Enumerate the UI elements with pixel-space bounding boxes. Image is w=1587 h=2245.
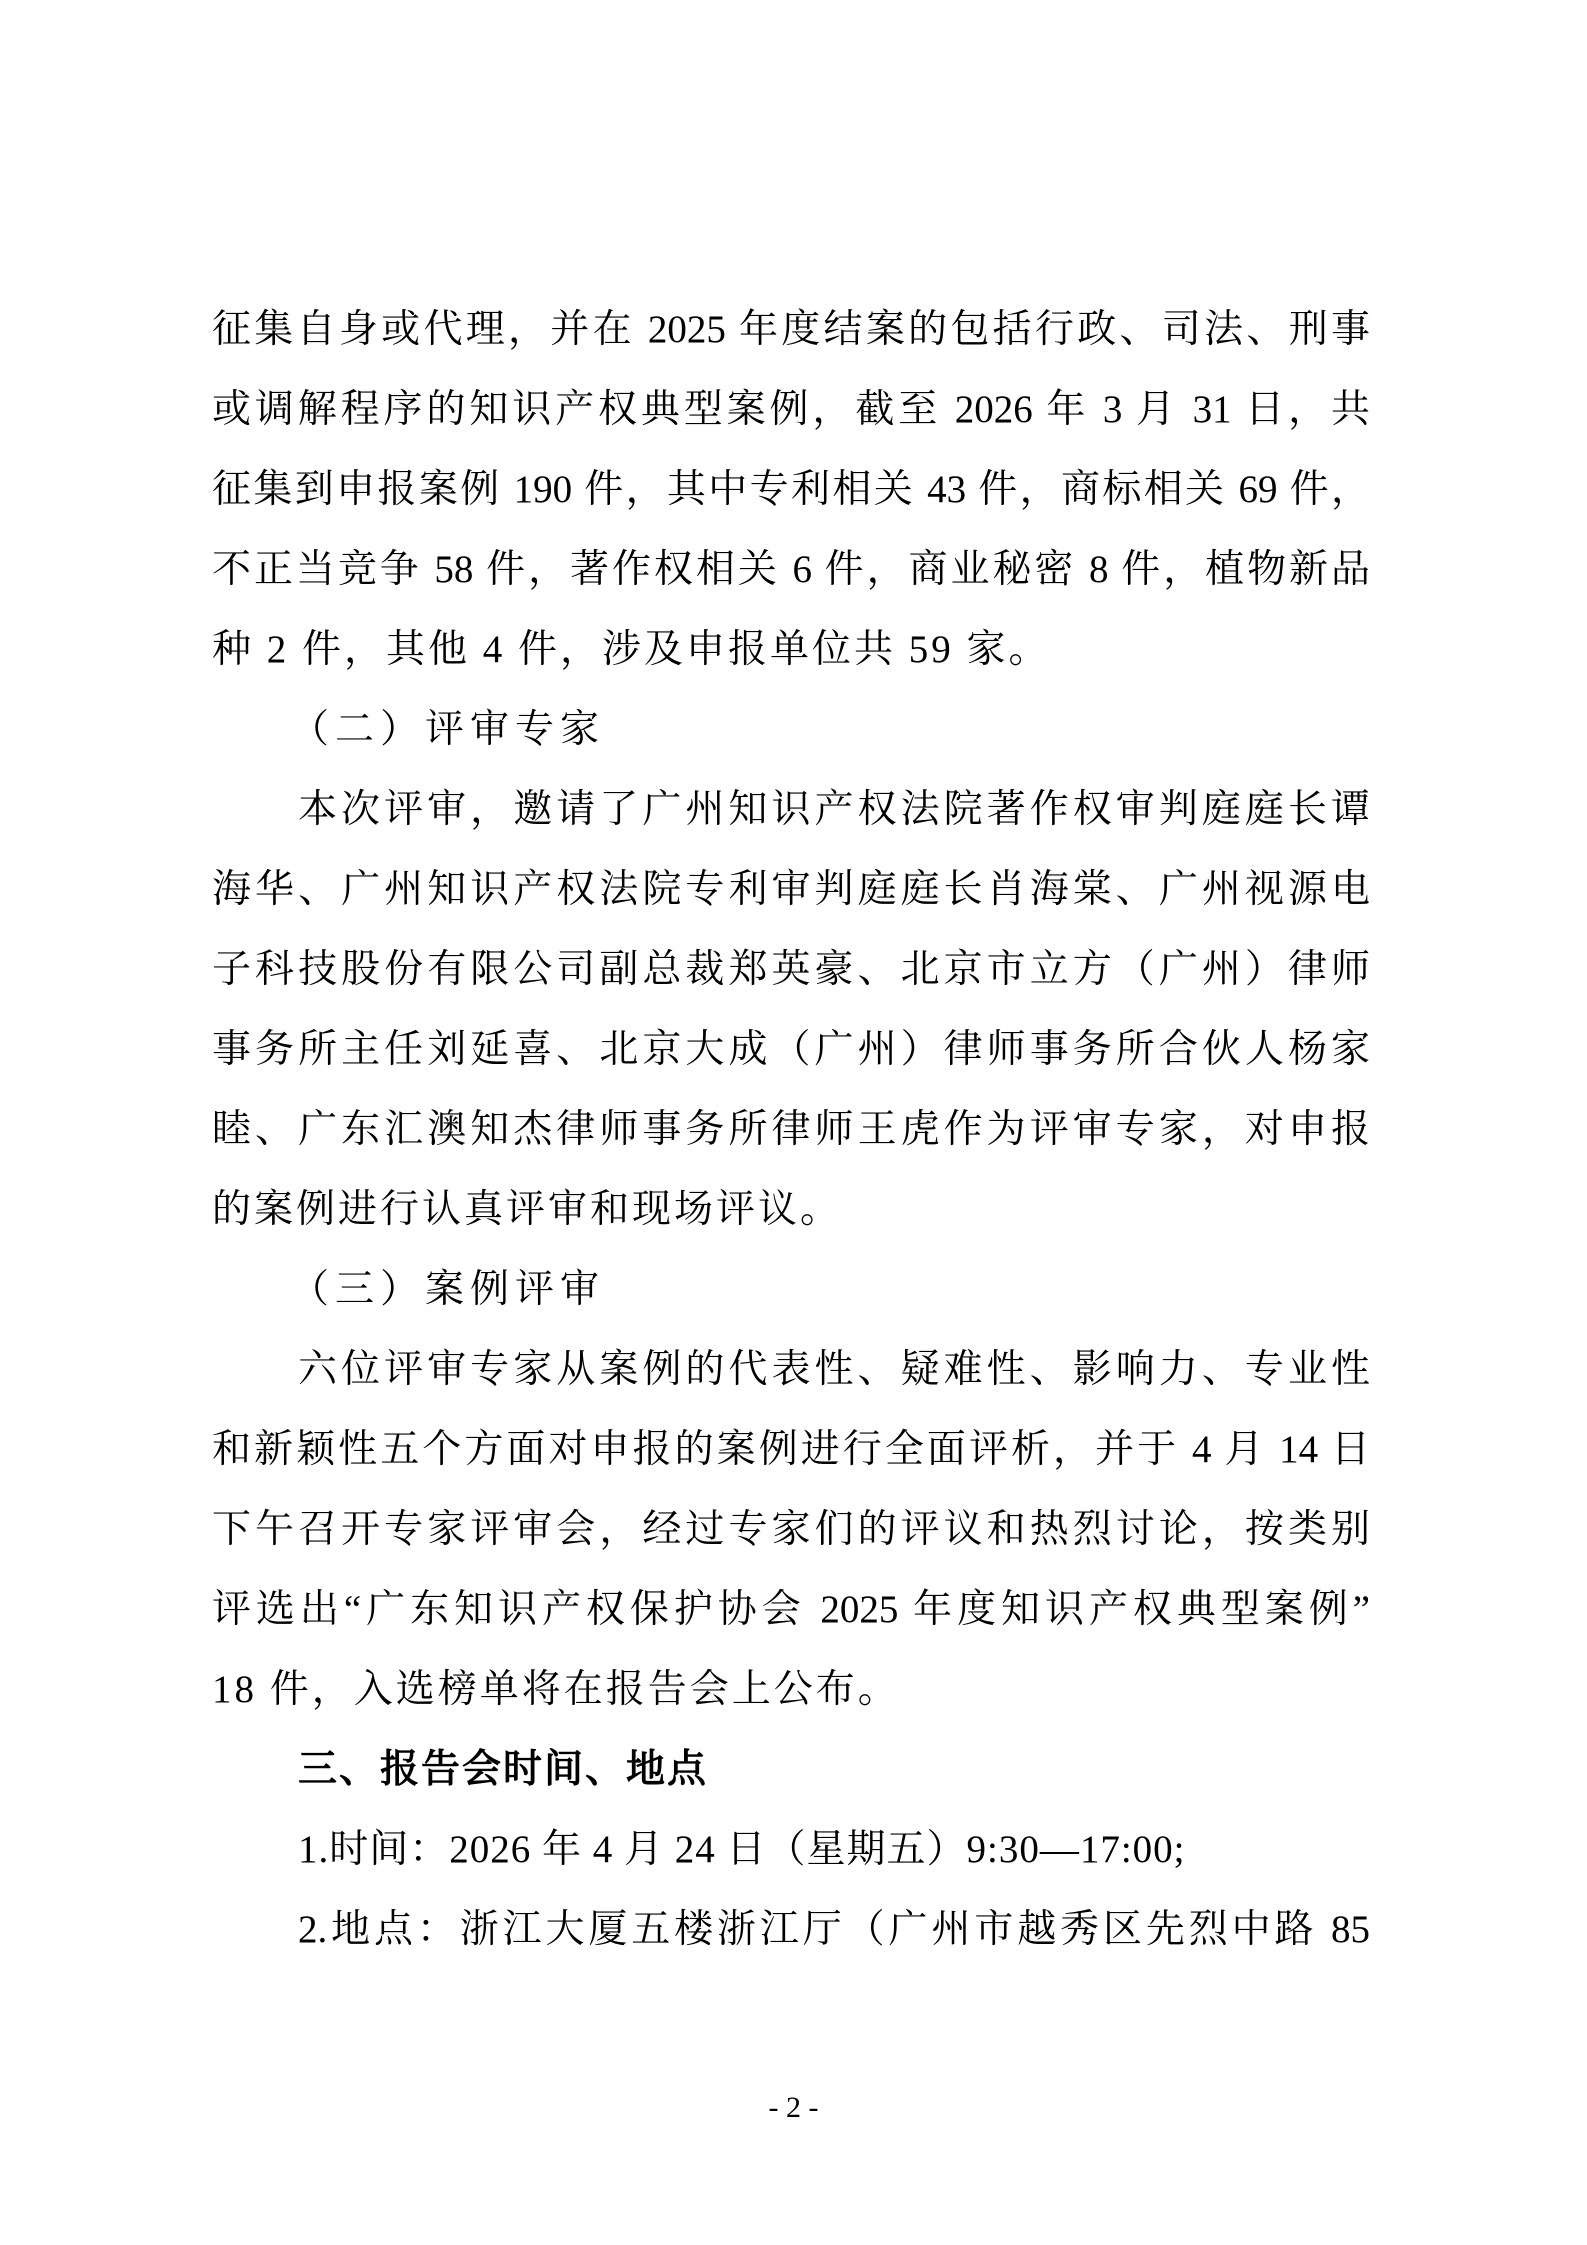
paragraph-line: 睦、广东汇澳知杰律师事务所律师王虎作为评审专家，对申报 bbox=[212, 1090, 1370, 1170]
paragraph-line: 征集到申报案例 190 件，其中专利相关 43 件，商标相关 69 件， bbox=[212, 450, 1370, 530]
event-location: 2.地点：浙江大厦五楼浙江厅（广州市越秀区先烈中路 85 bbox=[298, 1890, 1370, 1970]
paragraph-line: 不正当竞争 58 件，著作权相关 6 件，商业秘密 8 件，植物新品 bbox=[212, 530, 1370, 610]
paragraph-line: 六位评审专家从案例的代表性、疑难性、影响力、专业性 bbox=[298, 1330, 1370, 1410]
paragraph-line: 海华、广州知识产权法院专利审判庭庭长肖海棠、广州视源电 bbox=[212, 850, 1370, 930]
paragraph-line: 评选出“广东知识产权保护协会 2025 年度知识产权典型案例” bbox=[212, 1570, 1370, 1650]
section-heading-time-location: 三、报告会时间、地点 bbox=[298, 1730, 1370, 1810]
paragraph-line: 事务所主任刘延喜、北京大成（广州）律师事务所合伙人杨家 bbox=[212, 1010, 1370, 1090]
document-page: 征集自身或代理，并在 2025 年度结案的包括行政、司法、刑事 或调解程序的知识… bbox=[0, 0, 1587, 2245]
paragraph-line: 子科技股份有限公司副总裁郑英豪、北京市立方（广州）律师 bbox=[212, 930, 1370, 1010]
paragraph-line: 和新颖性五个方面对申报的案例进行全面评析，并于 4 月 14 日 bbox=[212, 1410, 1370, 1490]
paragraph-line: 或调解程序的知识产权典型案例，截至 2026 年 3 月 31 日，共 bbox=[212, 370, 1370, 450]
event-time: 1.时间：2026 年 4 月 24 日（星期五）9:30—17:00; bbox=[298, 1810, 1370, 1890]
paragraph-line: 种 2 件，其他 4 件，涉及申报单位共 59 家。 bbox=[212, 610, 1370, 690]
sub-heading-case-review: （三）案例评审 bbox=[290, 1250, 1362, 1330]
paragraph-line: 征集自身或代理，并在 2025 年度结案的包括行政、司法、刑事 bbox=[212, 290, 1370, 370]
paragraph-line: 的案例进行认真评审和现场评议。 bbox=[212, 1170, 1370, 1250]
paragraph-line: 18 件，入选榜单将在报告会上公布。 bbox=[212, 1650, 1370, 1730]
sub-heading-experts: （二）评审专家 bbox=[290, 690, 1362, 770]
paragraph-line: 本次评审，邀请了广州知识产权法院著作权审判庭庭长谭 bbox=[298, 770, 1370, 850]
page-number: - 2 - bbox=[0, 2088, 1587, 2128]
paragraph-line: 下午召开专家评审会，经过专家们的评议和热烈讨论，按类别 bbox=[212, 1490, 1370, 1570]
